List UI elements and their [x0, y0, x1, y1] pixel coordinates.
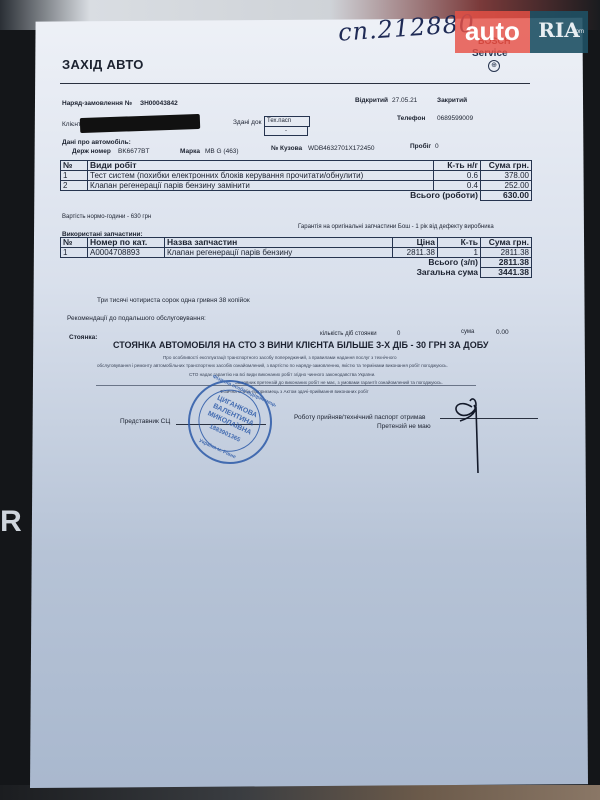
sc-representative-label: Представник СЦ — [120, 418, 170, 425]
parts-table: № Номер по кат. Назва запчастин Ціна К-т… — [60, 237, 532, 278]
docs-label: Здані док — [233, 119, 261, 126]
works-row: 1 Тест систем (похибки електронних блокі… — [61, 171, 532, 181]
vin-value: WDB4632701X172450 — [308, 145, 375, 152]
parts-header-no: № — [61, 238, 88, 248]
parts-row-qty: 1 — [438, 248, 481, 258]
works-header-name: Види робіт — [88, 161, 434, 171]
phone-number: 0689599009 — [437, 115, 473, 122]
parking-sum-label: сума — [461, 329, 474, 335]
works-row-qty: 0.4 — [434, 181, 481, 191]
docs-value: Тех.пасп — [267, 118, 291, 124]
works-header-row: № Види робіт К-ть н/г Сума грн. — [61, 161, 532, 171]
watermark-com-text: .com — [571, 13, 584, 51]
vehicle-section-label: Дані про автомобіль: — [62, 139, 131, 146]
parts-total-value: 2811.38 — [481, 258, 532, 268]
parts-total-label: Всього (з/п) — [393, 258, 481, 268]
work-order-document: cn.212880 ЗАХІД АВТО BOSCH Service ⊕ Нар… — [0, 0, 600, 800]
works-row-sum: 252.00 — [481, 181, 532, 191]
handwritten-signature — [450, 395, 490, 475]
parts-header-row: № Номер по кат. Назва запчастин Ціна К-т… — [61, 238, 532, 248]
docs-value-2: - — [285, 128, 287, 134]
bosch-armature-icon: ⊕ — [488, 60, 500, 72]
client-label: Клієнт — [62, 121, 81, 128]
parts-header-qty: К-ть — [438, 238, 481, 248]
works-row-no: 2 — [61, 181, 88, 191]
watermark-auto: auto — [455, 11, 530, 53]
opened-date: 27.05.21 — [392, 97, 417, 104]
works-row-sum: 378.00 — [481, 171, 532, 181]
client-name-redaction — [80, 114, 200, 133]
works-row-qty: 0.6 — [434, 171, 481, 181]
parts-header-price: Ціна — [393, 238, 438, 248]
fine-print-line: обслуговування і ремонту автомобільних т… — [97, 363, 448, 368]
company-title: ЗАХІД АВТО — [62, 57, 144, 72]
fine-print-line: Про особливості експлуатації транспортно… — [163, 355, 397, 360]
works-row-name: Тест систем (похибки електронних блоків … — [88, 171, 434, 181]
works-row: 2 Клапан регенерації парів бензину замін… — [61, 181, 532, 191]
works-row-no: 1 — [61, 171, 88, 181]
mileage-value: 0 — [435, 143, 439, 150]
parts-row-sum: 2811.38 — [481, 248, 532, 258]
parking-notice: СТОЯНКА АВТОМОБІЛЯ НА СТО З ВИНИ КЛІЄНТА… — [113, 340, 489, 350]
plate-label: Держ номер — [72, 148, 111, 155]
parts-row-price: 2811.38 — [393, 248, 438, 258]
parts-row-name: Клапан регенерації парів бензину — [165, 248, 393, 258]
works-header-sum: Сума грн. — [481, 161, 532, 171]
grand-total-row: Загальна сума 3441.38 — [61, 268, 532, 278]
grand-total-value: 3441.38 — [481, 268, 532, 278]
amount-in-words: Три тисячі чотириста сорок одна гривня 3… — [97, 297, 250, 304]
works-total-value: 630.00 — [481, 191, 532, 201]
grand-total-label: Загальна сума — [393, 268, 481, 278]
parking-days-label: кількість діб стоянки — [320, 331, 377, 337]
parts-header-catalog: Номер по кат. — [88, 238, 165, 248]
watermark-ria: RIA .com — [530, 11, 588, 53]
works-total-row: Всього (роботи) 630.00 — [61, 191, 532, 201]
parts-row-catalog: A0004708893 — [88, 248, 165, 258]
opened-label: Відкритий — [355, 97, 388, 104]
plate-number: BK6677BT — [118, 148, 149, 155]
parking-label: Стоянка: — [69, 334, 97, 341]
parking-sum-value: 0.00 — [496, 329, 509, 336]
fine-print-line: Замовник претензій до виконаних робіт не… — [235, 380, 443, 385]
docs-value-box-2: - — [264, 126, 308, 136]
accepted-label: Роботу прийняв/технічний паспорт отримав — [294, 414, 425, 421]
works-header-no: № — [61, 161, 88, 171]
mileage-label: Пробіг — [410, 143, 431, 150]
parking-days-value: 0 — [397, 331, 400, 337]
header-divider — [60, 83, 530, 84]
recommendations-label: Рекомендації до подальшого обслуговуванн… — [67, 315, 206, 322]
works-header-qty: К-ть н/г — [434, 161, 481, 171]
make-label: Марка — [180, 148, 200, 155]
parts-row: 1 A0004708893 Клапан регенерації парів б… — [61, 248, 532, 258]
order-number-label: Наряд-замовлення № — [62, 100, 132, 107]
works-row-name: Клапан регенерації парів бензину замінит… — [88, 181, 434, 191]
labor-rate-note: Вартість нормо-години - 630 грн — [62, 214, 151, 220]
make-value: MB G (463) — [205, 148, 239, 155]
parts-header-sum: Сума грн. — [481, 238, 532, 248]
parts-header-name: Назва запчастин — [165, 238, 393, 248]
parts-row-no: 1 — [61, 248, 88, 258]
fine-print-divider — [96, 385, 476, 386]
closed-label: Закритий — [437, 97, 467, 104]
vin-label: № Кузова — [271, 145, 302, 152]
order-number: ЗН00043842 — [140, 100, 178, 107]
works-total-label: Всього (роботи) — [88, 191, 481, 201]
warranty-note: Гарантія на оригінальні запчастини Бош -… — [298, 224, 494, 230]
phone-label: Телефон — [397, 115, 425, 122]
parts-total-row: Всього (з/п) 2811.38 — [61, 258, 532, 268]
works-table: № Види робіт К-ть н/г Сума грн. 1 Тест с… — [60, 160, 532, 201]
no-claims-label: Претензій не маю — [377, 423, 431, 430]
